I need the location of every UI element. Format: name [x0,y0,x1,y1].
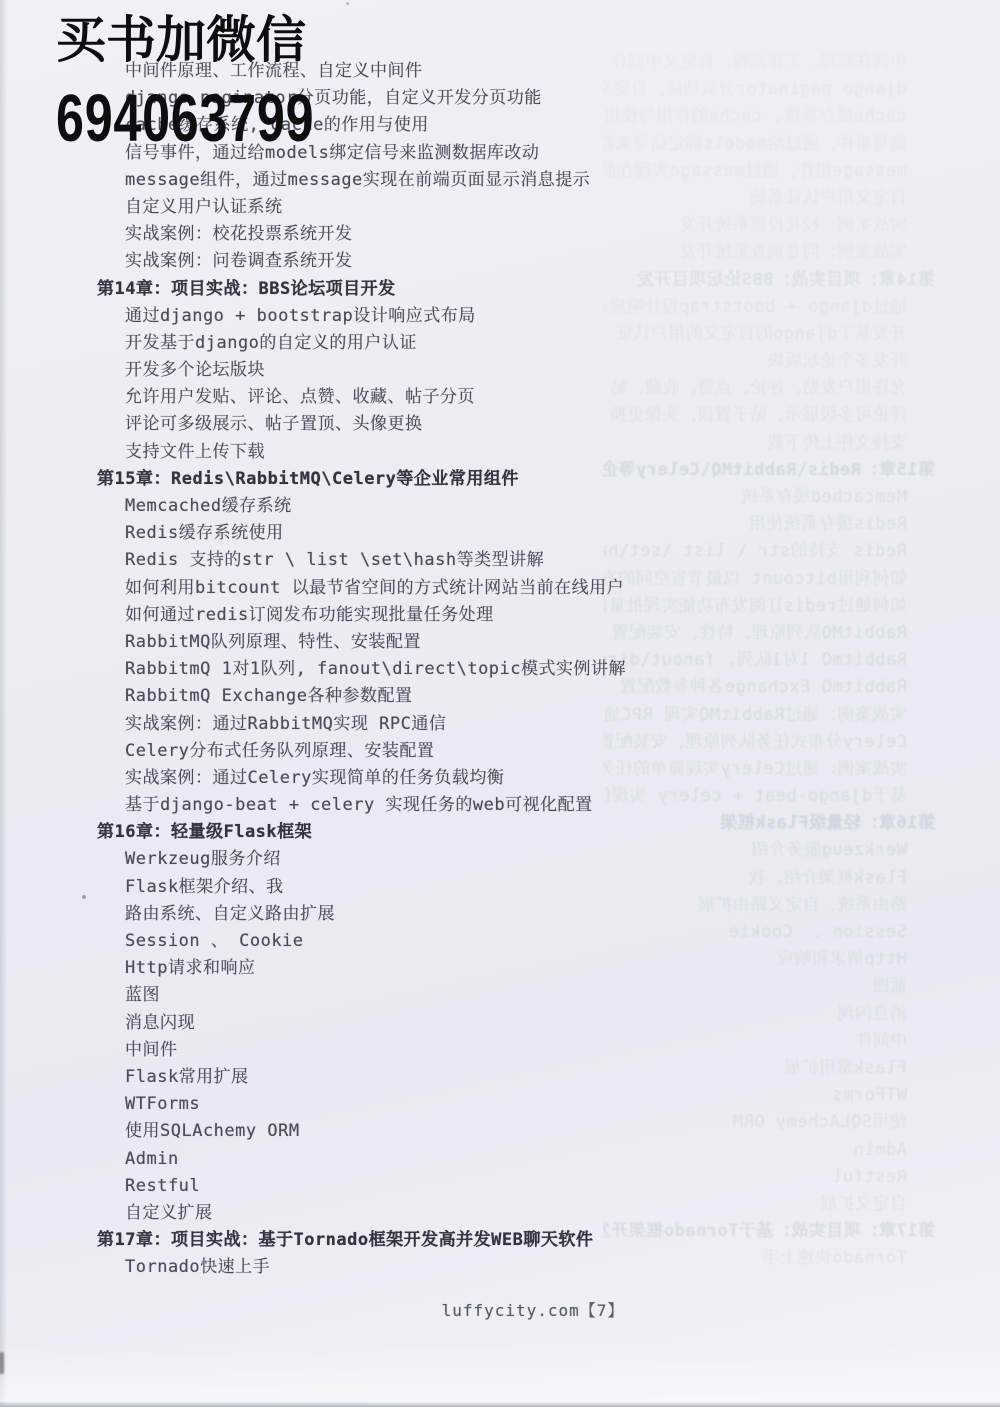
toc-entry: 自定义扩展 [0,1200,1000,1227]
watermark-wechat-number: 694063799 [56,88,314,150]
scan-edge-bottom-glow [0,1344,1000,1402]
toc-entry: Werkzeug服务介绍 [0,846,1000,873]
toc-entry: Celery分布式任务队列原理、安装配置 [0,738,1000,765]
scan-edge-left [0,0,7,1407]
toc-entry: 支持文件上传下载 [0,439,1000,466]
toc-entry: Flask常用扩展 [0,1064,1000,1091]
watermark-text: 买书加微信 [56,8,400,72]
toc-entry: 消息闪现 [0,1010,1000,1037]
toc-entry: WTForms [0,1091,1000,1118]
toc-entry: 实战案例：校花投票系统开发 [0,221,1000,248]
paper-speck [0,1352,4,1374]
toc-entry: 第15章：Redis\RabbitMQ\Celery等企业常用组件 [0,466,1000,493]
toc-entry: Restful [0,1173,1000,1200]
toc-entry: RabbitMQ队列原理、特性、安装配置 [0,629,1000,656]
paper-speck [346,2,349,5]
toc-entry: 通过django + bootstrap设计响应式布局 [0,303,1000,330]
page-footer: luffycity.com【7】 [0,1298,1000,1321]
toc-entry: Flask框架介绍、我 [0,874,1000,901]
toc-entry: 如何利用bitcount 以最节省空间的方式统计网站当前在线用户 [0,575,1000,602]
toc-entry: 路由系统、自定义路由扩展 [0,901,1000,928]
toc-entry: 第16章：轻量级Flask框架 [0,819,1000,846]
toc-entry: RabbitmQ 1对1队列, fanout\direct\topic模式实例讲… [0,656,1000,683]
toc-entry: Session 、 Cookie [0,928,1000,955]
toc-entry: Http请求和响应 [0,955,1000,982]
toc-entry: 蓝图 [0,982,1000,1009]
toc-entry: 第17章：项目实战：基于Tornado框架开发高并发WEB聊天软件 [0,1227,1000,1254]
toc-entry: 第14章：项目实战：BBS论坛项目开发 [0,276,1000,303]
toc-entry: Redis缓存系统使用 [0,520,1000,547]
toc-entry: 使用SQLAchemy ORM [0,1118,1000,1145]
toc-entry: 如何通过redis订阅发布功能实现批量任务处理 [0,602,1000,629]
paper-speck [82,895,86,899]
scan-edge-bottom [0,1402,1000,1407]
toc-entry: 自定义用户认证系统 [0,194,1000,221]
toc-entry: 允许用户发贴、评论、点赞、收藏、帖子分页 [0,384,1000,411]
toc-entry: Redis 支持的str \ list \set\hash等类型讲解 [0,547,1000,574]
watermark: 买书加微信 694063799 [56,8,400,150]
toc-entry: 中间件 [0,1037,1000,1064]
toc-entry: 实战案例：通过RabbitMQ实现 RPC通信 [0,711,1000,738]
toc-entry: RabbitmQ Exchange各种参数配置 [0,683,1000,710]
toc-entry: Admin [0,1146,1000,1173]
toc-list: 中间件原理、工作流程、自定义中间件django paginator分页功能，自定… [0,58,1000,1281]
toc-entry: 评论可多级展示、帖子置顶、头像更换 [0,411,1000,438]
toc-entry: 基于django-beat + celery 实现任务的web可视化配置 [0,792,1000,819]
toc-entry: 实战案例：问卷调查系统开发 [0,248,1000,275]
toc-entry: Tornado快速上手 [0,1254,1000,1281]
toc-entry: 开发多个论坛版块 [0,357,1000,384]
toc-entry: message组件，通过message实现在前端页面显示消息提示 [0,167,1000,194]
scanned-page: 中间件原理、工作流程、自定义中间件django paginator分页功能，自定… [0,0,1000,1407]
toc-entry: Memcached缓存系统 [0,493,1000,520]
toc-entry: 开发基于django的自定义的用户认证 [0,330,1000,357]
toc-entry: 实战案例：通过Celery实现简单的任务负载均衡 [0,765,1000,792]
